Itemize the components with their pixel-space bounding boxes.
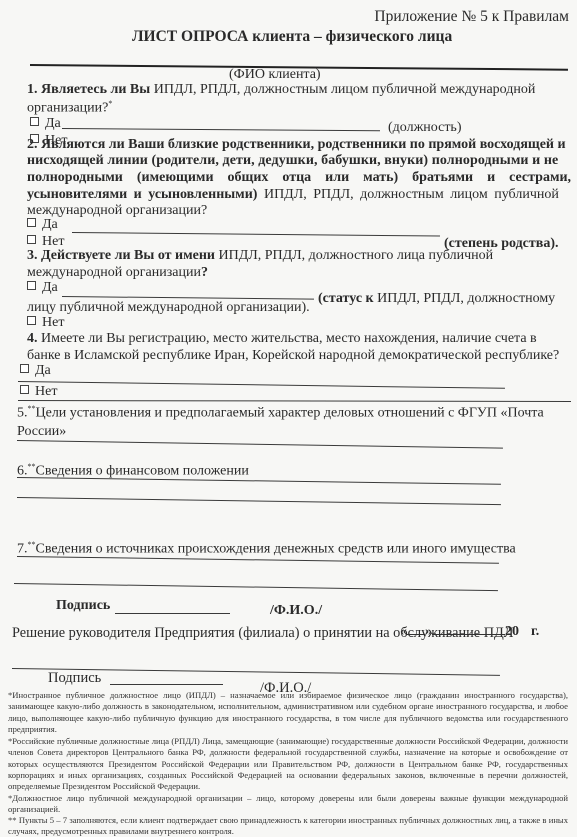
q6-text: Сведения о финансовом положении <box>36 464 249 479</box>
q5-answer-field[interactable] <box>17 440 503 449</box>
q2-line4-bold: усыновителями и усыновленными) <box>27 187 257 202</box>
q4-no-option[interactable]: Нет <box>20 384 57 400</box>
q1-text-line1: 1. Являетесь ли Вы ИПДЛ, РПДЛ, должностн… <box>27 82 535 98</box>
q1-position-caption: (должность) <box>388 120 461 136</box>
client-name-caption: (ФИО клиента) <box>229 67 321 83</box>
q7-footnote-marker: ** <box>28 540 36 549</box>
q4-no-label: Нет <box>35 384 57 399</box>
q3-text-line2: международной организации? <box>27 265 208 281</box>
q4-no-checkbox[interactable] <box>20 385 29 394</box>
q2-yes-option[interactable]: Да <box>27 217 58 233</box>
date-day-field[interactable] <box>407 634 425 635</box>
signature-field[interactable] <box>115 613 230 614</box>
q2-line1: 2. Являются ли Ваши близкие родственники… <box>27 137 566 153</box>
q4-text-line1: 4. Имеете ли Вы регистрацию, место жител… <box>27 331 537 347</box>
q1-yes-option[interactable]: Да <box>30 116 61 132</box>
signature-label: Подпись <box>56 598 110 614</box>
q3-status-caption: (статус к ИПДЛ, РПДЛ, должностному <box>318 291 555 307</box>
q3-text-cont: международной организации <box>27 265 201 280</box>
q2-relation-field[interactable] <box>72 232 440 237</box>
q3-yes-checkbox[interactable] <box>27 281 36 290</box>
q4-no-field[interactable] <box>18 400 571 402</box>
footnote-rpdl: *Российские публичные должностные лица (… <box>8 736 568 792</box>
q3-text-line1: 3. Действуете ли Вы от имени ИПДЛ, РПДЛ,… <box>27 248 493 264</box>
q6-answer-field-1[interactable] <box>17 477 501 485</box>
q2-no-checkbox[interactable] <box>27 235 36 244</box>
date-year-suffix: г. <box>531 624 539 639</box>
q3-no-checkbox[interactable] <box>27 316 36 325</box>
q5-text-line2: России» <box>17 424 66 440</box>
q1-position-field[interactable] <box>62 128 380 131</box>
footnote-ipdl: *Иностранное публичное должностное лицо … <box>8 690 568 735</box>
q5-text-line1: 5.**Цели установления и предполагаемый х… <box>17 404 544 422</box>
signature2-field[interactable] <box>110 684 223 685</box>
q1-text-cont: организации? <box>27 101 108 116</box>
signature-fio: /Ф.И.О./ <box>270 603 322 619</box>
date-open-quote: « <box>400 624 407 639</box>
q5-text: Цели установления и предполагаемый харак… <box>36 406 544 421</box>
q5-footnote-marker: ** <box>28 404 36 413</box>
q2-yes-checkbox[interactable] <box>27 218 36 227</box>
q4-yes-checkbox[interactable] <box>20 364 29 373</box>
q2-line2: нисходящей линии (родители, дети, дедушк… <box>27 153 558 169</box>
appendix-label: Приложение № 5 к Правилам <box>374 8 569 26</box>
q2-line4: усыновителями и усыновленными) ИПДЛ, РПД… <box>27 187 559 203</box>
q2-line3: полнородными (имеющими общих отца или ма… <box>27 170 571 186</box>
footnote-pmo: *Должностное лицо публичной международно… <box>8 793 568 816</box>
q3-yes-label: Да <box>42 280 58 295</box>
q1-text-line2: организации?* <box>27 99 112 117</box>
q4-yes-option[interactable]: Да <box>20 363 51 379</box>
q4-text: Имеете ли Вы регистрацию, место жительст… <box>38 331 537 346</box>
decision-date[interactable]: «»20г. <box>400 624 539 640</box>
q1-footnote-marker: * <box>108 99 112 108</box>
q1-yes-checkbox[interactable] <box>30 117 39 126</box>
q3-no-option[interactable]: Нет <box>27 315 64 331</box>
q7-answer-field-2[interactable] <box>14 583 498 591</box>
q1-text: ИПДЛ, РПДЛ, должностным лицом публичной … <box>150 82 535 97</box>
q4-text-line2: банке в Исламской республике Иран, Корей… <box>27 348 559 364</box>
page-title: ЛИСТ ОПРОСА клиента – физического лица <box>132 28 452 46</box>
q7-number: 7. <box>17 542 28 557</box>
date-month-field[interactable] <box>432 634 505 635</box>
date-close-quote: » <box>425 624 432 639</box>
q3-yes-option[interactable]: Да <box>27 280 58 296</box>
q3-status-caption-bold: (статус к <box>318 291 374 306</box>
q4-yes-field[interactable] <box>18 381 505 389</box>
q7-text: Сведения о источниках происхождения дене… <box>36 542 516 557</box>
q5-number: 5. <box>17 406 28 421</box>
q4-number: 4. <box>27 331 38 346</box>
date-year-prefix: 20 <box>505 624 519 639</box>
q2-yes-label: Да <box>42 217 58 232</box>
q2-no-label: Нет <box>42 234 64 249</box>
signature2-label: Подпись <box>48 670 101 687</box>
footnote-items-5-7: ** Пункты 5 – 7 заполняются, если клиент… <box>8 815 568 837</box>
questionnaire-page: Приложение № 5 к Правилам ЛИСТ ОПРОСА кл… <box>0 0 577 837</box>
q6-answer-field-2[interactable] <box>17 497 501 505</box>
q6-footnote-marker: ** <box>28 462 36 471</box>
q2-line4-rest: ИПДЛ, РПДЛ, должностным лицом публичной <box>257 187 558 202</box>
q3-question-mark: ? <box>201 265 208 280</box>
q1-yes-label: Да <box>45 116 61 131</box>
q3-number: 3. Действуете ли Вы от имени <box>27 248 215 263</box>
q3-no-label: Нет <box>42 315 64 330</box>
q1-number: 1. Являетесь ли Вы <box>27 82 150 97</box>
q3-status-caption-rest: ИПДЛ, РПДЛ, должностному <box>374 291 556 306</box>
q4-yes-label: Да <box>35 363 51 378</box>
q3-text: ИПДЛ, РПДЛ, должностного лица публичной <box>215 248 493 263</box>
q7-text-line: 7.**Сведения о источниках происхождения … <box>17 540 516 558</box>
q3-status-caption-line2: лицу публичной международной организации… <box>27 300 310 316</box>
